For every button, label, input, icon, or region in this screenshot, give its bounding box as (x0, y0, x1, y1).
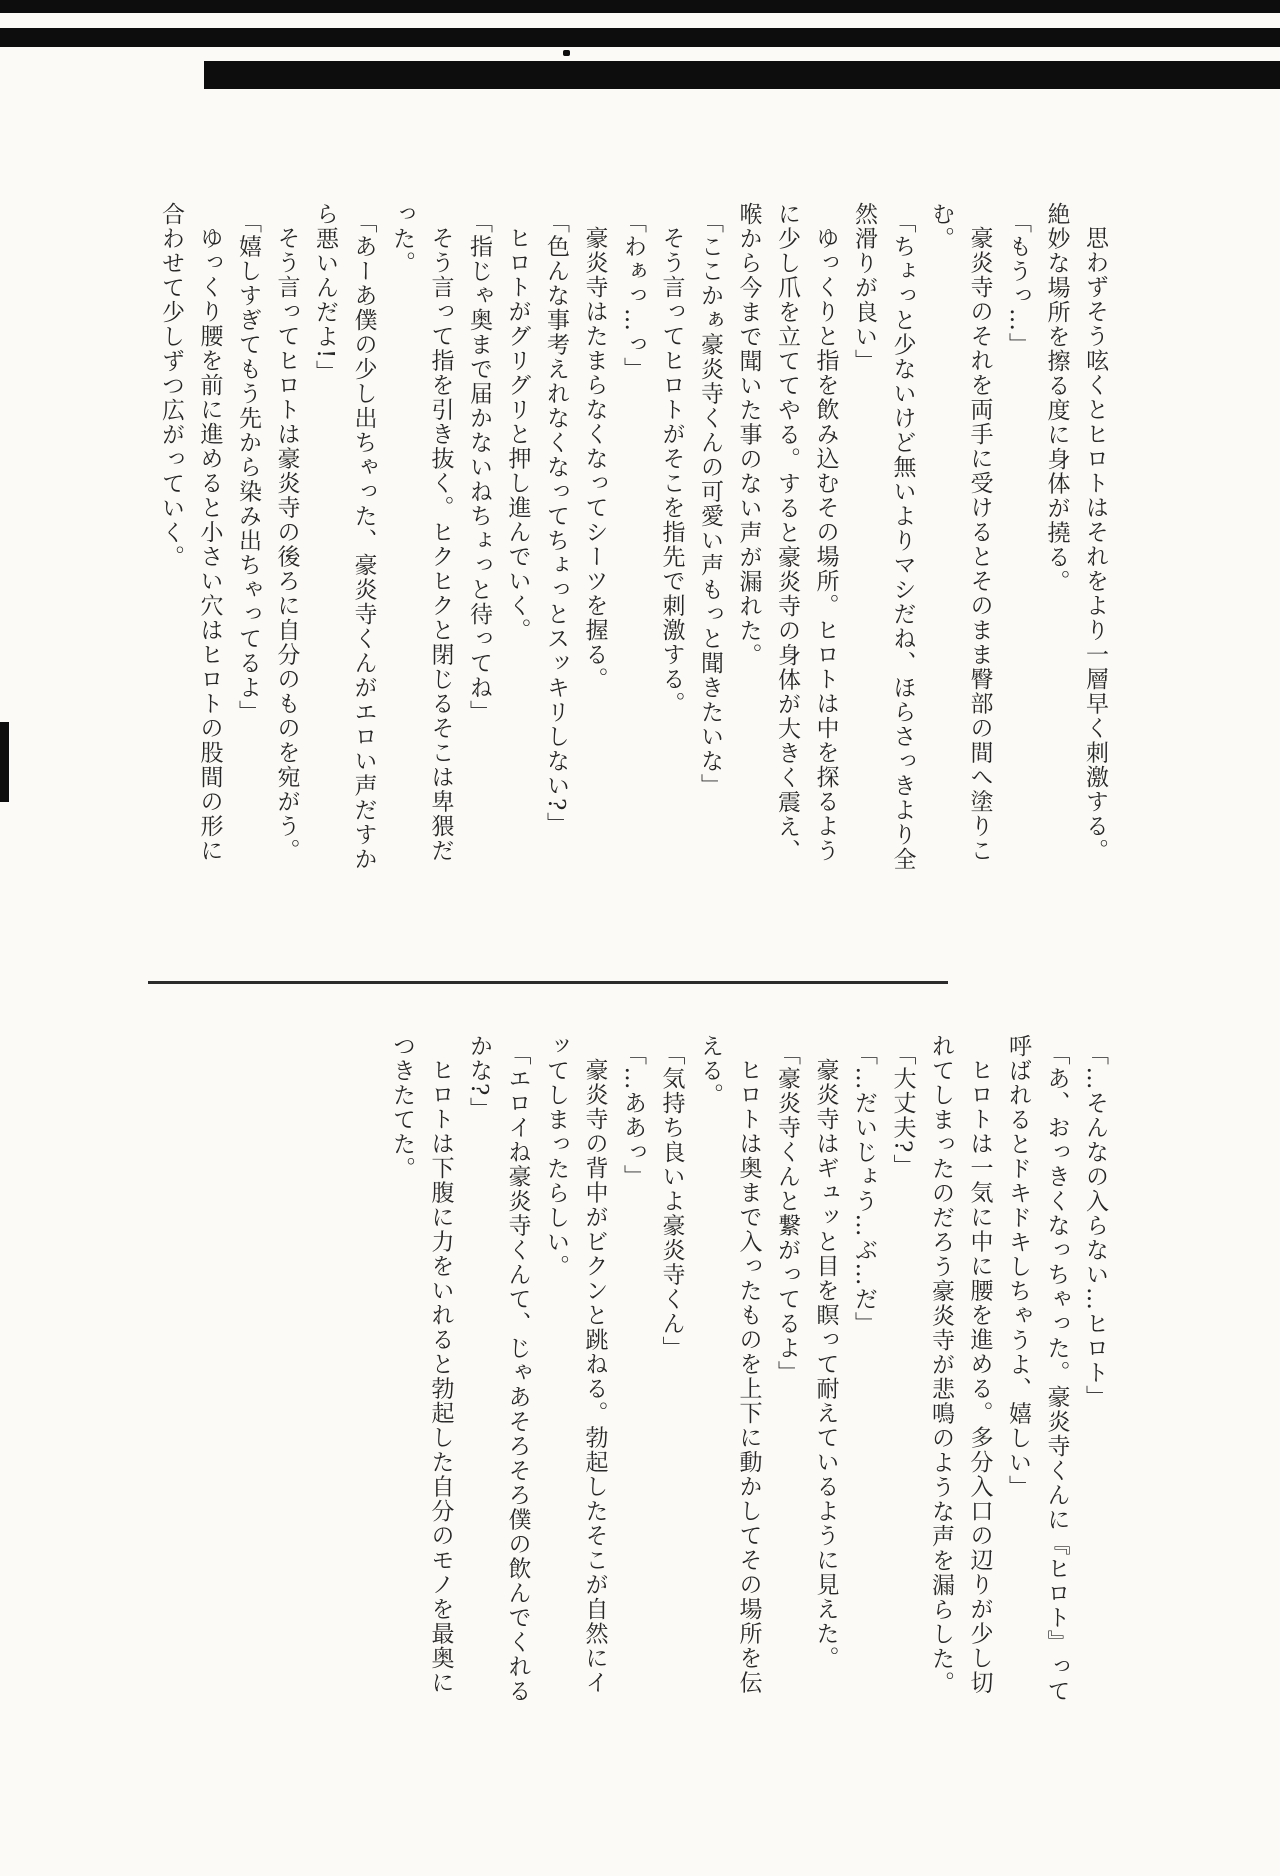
text-column: 「大丈夫?」 (883, 1034, 922, 1824)
text-column: ヒロトは一気に中に腰を進める。多分入口の辺りが少し切 (960, 1034, 999, 1824)
text-column: 豪炎寺はギュッと目を瞑って耐えているように見えた。 (806, 1034, 845, 1824)
text-column: 「わぁっ…っ」 (614, 202, 653, 962)
text-column: 「指じゃ奥まで届かないねちょっと待ってね」 (460, 202, 499, 962)
text-column: 「気持ち良いよ豪炎寺くん」 (652, 1034, 691, 1824)
text-column: 合わせて少しずつ広がっていく。 (152, 202, 191, 962)
text-column: 喉から今まで聞いた事のない声が漏れた。 (729, 202, 768, 962)
scan-artifact-left-sliver (0, 722, 9, 802)
text-column: ッてしまったらしい。 (537, 1034, 576, 1824)
text-column: った。 (383, 202, 422, 962)
text-column: 「嬉しすぎてもう先から染み出ちゃってるよ」 (229, 202, 268, 962)
text-column: そう言って指を引き抜く。ヒクヒクと閉じるそこは卑猥だ (421, 202, 460, 962)
text-column: む。 (922, 202, 961, 962)
text-column: 「色んな事考えれなくなってちょっとスッキリしない?」 (537, 202, 576, 962)
text-column: に少し爪を立ててやる。すると豪炎寺の身体が大きく震え、 (768, 202, 807, 962)
scan-artifact-bar-2 (0, 28, 1280, 47)
text-column: ヒロトは下腹に力をいれると勃起した自分のモノを最奥に (421, 1034, 460, 1824)
scanned-page: { "page": { "colors": { "paper": "#fbfaf… (0, 0, 1280, 1876)
text-column: える。 (691, 1034, 730, 1824)
text-column: 「もうっ…」 (999, 202, 1038, 962)
scan-artifact-bar-3 (204, 61, 1280, 89)
text-block-lower: 「…そんなの入らない…ヒロト」「あ、おっきくなっちゃった。豪炎寺くんに『ヒロト』… (380, 1034, 1114, 1824)
text-column: 「ここかぁ豪炎寺くんの可愛い声もっと聞きたいな」 (691, 202, 730, 962)
text-column: 豪炎寺の背中がビクンと跳ねる。勃起したそこが自然にイ (575, 1034, 614, 1824)
text-column: れてしまったのだろう豪炎寺が悲鳴のような声を漏らした。 (922, 1034, 961, 1824)
text-column: 「…そんなの入らない…ヒロト」 (1076, 1034, 1115, 1824)
text-column: ゆっくり腰を前に進めると小さい穴はヒロトの股間の形に (190, 202, 229, 962)
text-column: 絶妙な場所を擦る度に身体が撓る。 (1037, 202, 1076, 962)
text-column: 呼ばれるとドキドキしちゃうよ、嬉しい」 (999, 1034, 1038, 1824)
text-column: 「あ、おっきくなっちゃった。豪炎寺くんに『ヒロト』って (1037, 1034, 1076, 1824)
text-column: かな?」 (460, 1034, 499, 1824)
text-column: 「…ああっ」 (614, 1034, 653, 1824)
text-block-upper: 思わずそう呟くとヒロトはそれをより一層早く刺激する。絶妙な場所を擦る度に身体が撓… (148, 202, 1114, 962)
text-column: そう言ってヒロトがそこを指先で刺激する。 (652, 202, 691, 962)
scan-artifact-bar-1 (0, 0, 1280, 13)
section-divider-rule (148, 981, 948, 984)
text-column: 「あーあ僕の少し出ちゃった、豪炎寺くんがエロい声だすか (344, 202, 383, 962)
text-column: 「エロイね豪炎寺くんて、じゃあそろそろ僕の飲んでくれる (498, 1034, 537, 1824)
text-column: ゆっくりと指を飲み込むその場所。ヒロトは中を探るよう (806, 202, 845, 962)
text-column: 思わずそう呟くとヒロトはそれをより一層早く刺激する。 (1076, 202, 1115, 962)
text-column: ヒロトは奥まで入ったものを上下に動かしてその場所を伝 (729, 1034, 768, 1824)
text-column: 「…だいじょう…ぶ…だ」 (845, 1034, 884, 1824)
text-column: そう言ってヒロトは豪炎寺の後ろに自分のものを宛がう。 (267, 202, 306, 962)
text-column: つきたてた。 (383, 1034, 422, 1824)
text-column: 豪炎寺のそれを両手に受けるとそのまま臀部の間へ塗りこ (960, 202, 999, 962)
text-column: ヒロトがグリグリと押し進んでいく。 (498, 202, 537, 962)
text-column: 「豪炎寺くんと繋がってるよ」 (768, 1034, 807, 1824)
text-column: ら悪いんだよ!」 (306, 202, 345, 962)
scan-artifact-speck (563, 50, 570, 56)
text-column: 然滑りが良い」 (845, 202, 884, 962)
text-column: 豪炎寺はたまらなくなってシーツを握る。 (575, 202, 614, 962)
text-column: 「ちょっと少ないけど無いよりマシだね、ほらさっきより全 (883, 202, 922, 962)
